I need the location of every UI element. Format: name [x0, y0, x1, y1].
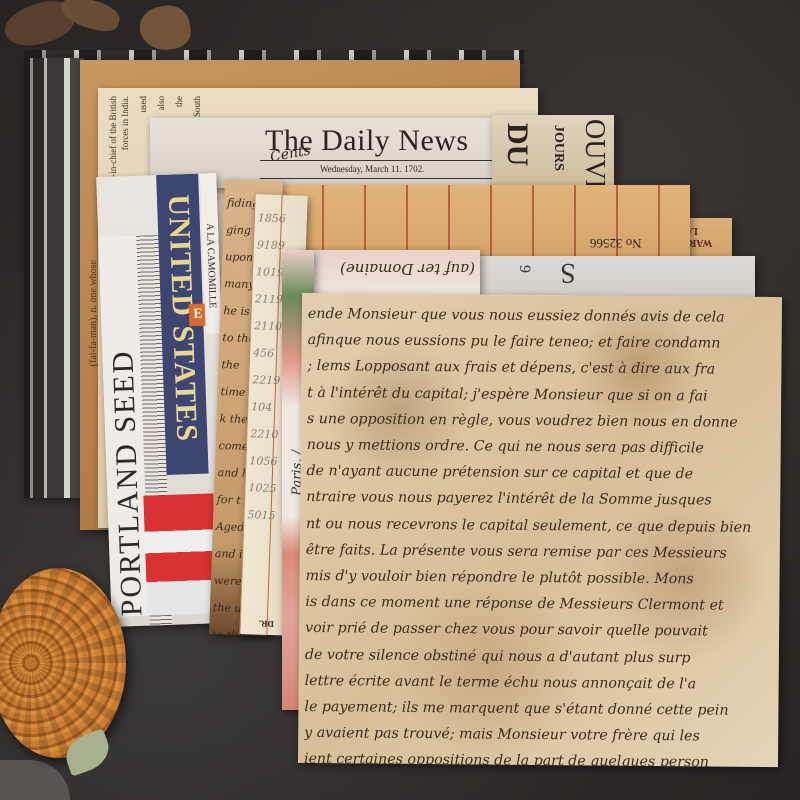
grey-strip-letter: S	[560, 256, 576, 288]
letter-line: ntraire vous nous payerez l'intérêt de l…	[306, 484, 776, 514]
letter-line: ; lems Lopposant aux frais et dépens, c'…	[307, 353, 777, 383]
newspaper-date: Wednesday, March 11. 1702.	[320, 164, 424, 174]
grunge-paper-sheet	[24, 58, 84, 498]
masthead-rule	[260, 160, 494, 161]
jours-newspaper-sheet: DU JOURS OUVEA	[492, 115, 614, 193]
letter-line: de votre silence obstiné qui nous a d'au…	[305, 642, 775, 672]
headline-fragment: OUVEA	[578, 119, 610, 193]
letter-line: is dans ce moment une réponse de Messieu…	[305, 589, 775, 619]
letter-line: mis d'y vouloir bien répondre le plutôt …	[305, 563, 775, 593]
handwriting-numbers: 1856 9189 1019 2119 2110 456 2219 104 22…	[247, 204, 286, 529]
dried-flowers	[0, 0, 210, 55]
letter-line: nt ou nous recevrons le capital seulemen…	[306, 511, 776, 541]
letter-line: ende Monsieur que vous nous eussiez donn…	[308, 301, 778, 331]
letter-line: lettre écrite avant le terme échu nous a…	[305, 668, 775, 698]
letter-line: de n'ayant aucune prétension sur ce capi…	[306, 458, 776, 488]
newsprint-column: the	[174, 96, 185, 107]
french-handwritten-letter: ende Monsieur que vous nous eussiez donn…	[298, 293, 782, 767]
letter-handwriting: ende Monsieur que vous nous eussiez donn…	[304, 301, 778, 767]
red-bus-image	[143, 493, 217, 615]
letter-line: s une opposition en règle, vous voudrez …	[307, 406, 777, 436]
letter-line: y avaient pas trouvé; mais Monsieur votr…	[304, 720, 774, 750]
newsprint-column: also	[156, 96, 167, 111]
letter-line: le payement; ils me marquent que s'étant…	[304, 694, 774, 724]
masthead-rule	[260, 178, 494, 179]
headline-fragment: DU	[500, 123, 534, 166]
letter-line: nous y mettions ordre. Ce qui ne nous se…	[307, 432, 777, 462]
ledger-number: No 32566	[590, 235, 642, 251]
letter-line: t à l'intérêt du capital; j'espère Monsi…	[307, 380, 777, 410]
newspaper-masthead: The Daily News	[265, 124, 469, 158]
letter-line: être faits. La présente vous sera remise…	[306, 537, 776, 567]
headline-fragment: JOURS	[550, 125, 566, 171]
newsprint-column: forces in India.	[120, 96, 131, 150]
envelope-script: (auf ter Domaine)	[340, 260, 475, 278]
dr-label: DR.	[259, 619, 275, 630]
envelope-sheet: (auf ter Domaine)	[300, 250, 480, 298]
letter-line: afinque nous eussions pu le faire teneo;…	[308, 327, 778, 357]
newsprint-column: South	[192, 96, 203, 117]
newsprint-column: used	[138, 96, 149, 113]
grey-strip-number: 9	[515, 265, 533, 273]
letter-line: voir prié de passer chez vous pour savoi…	[305, 615, 775, 645]
la-camomille-text: A LA CAMOMILLE	[204, 223, 218, 308]
